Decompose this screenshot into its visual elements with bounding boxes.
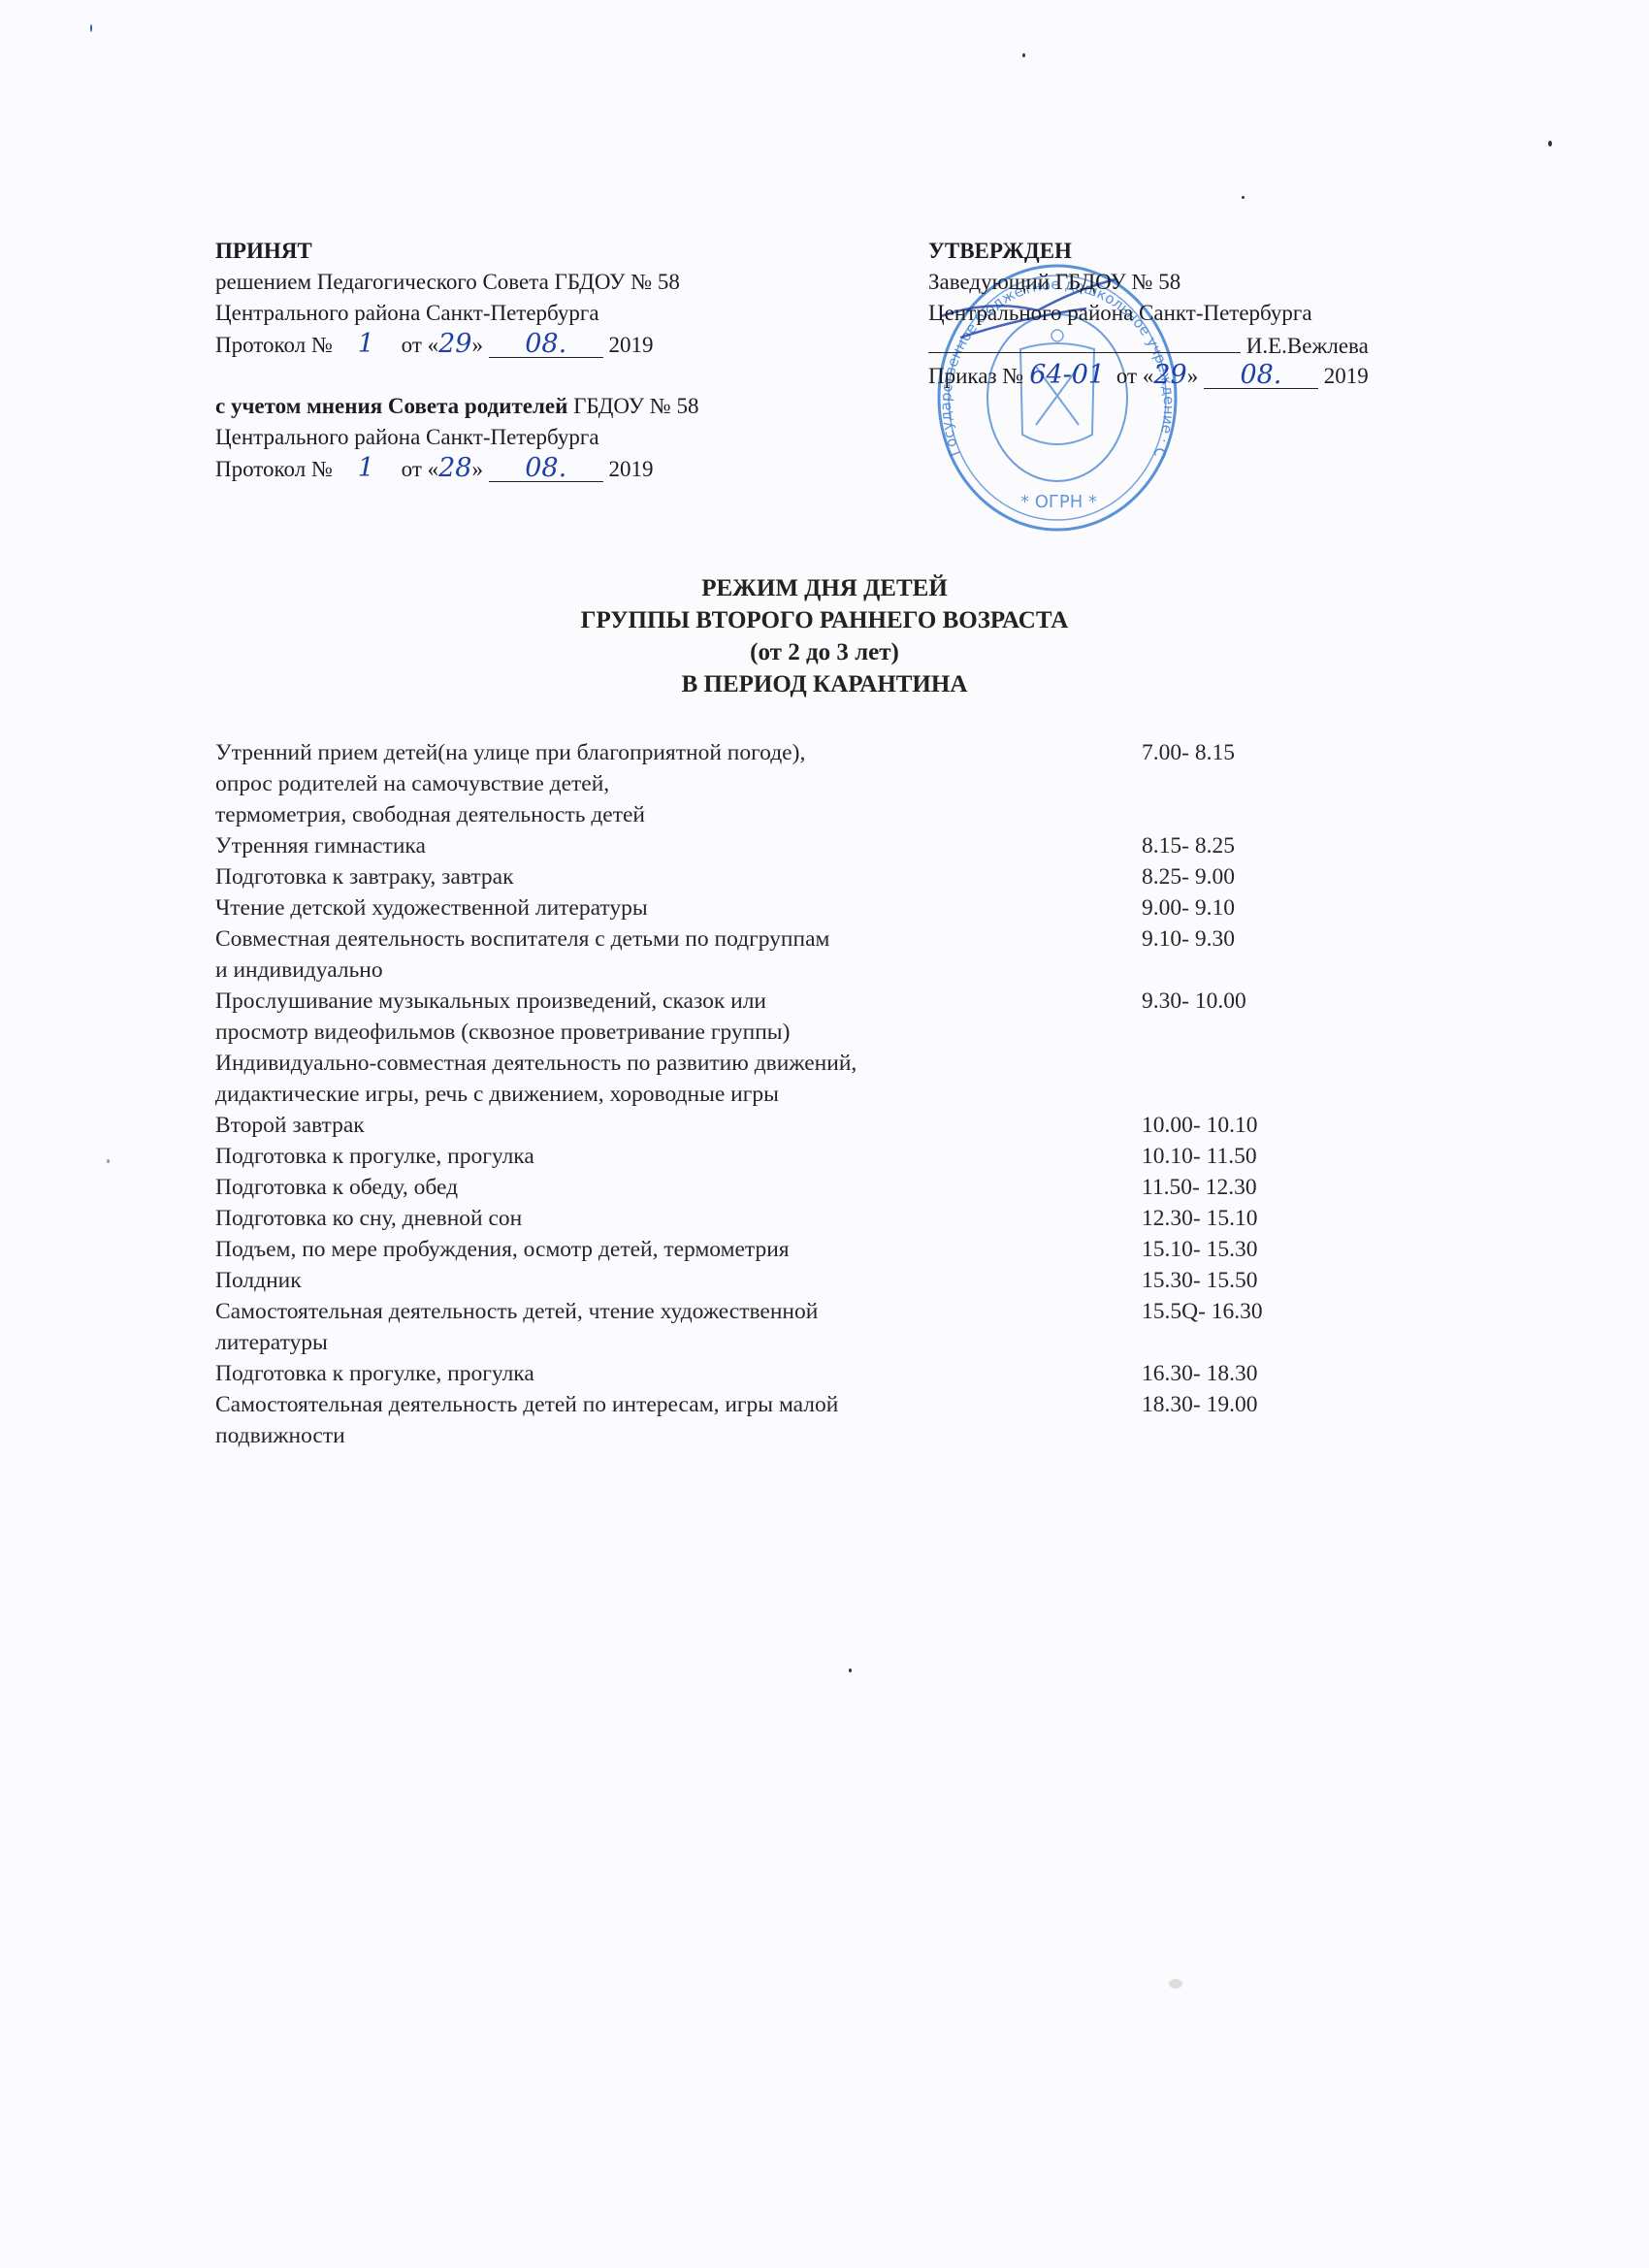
- schedule-row: Прослушивание музыкальных произведений, …: [215, 986, 1438, 1110]
- activity-line: литературы: [215, 1327, 1142, 1358]
- activity-line: и индивидуально: [215, 955, 1142, 986]
- schedule-row: Подъем, по мере пробуждения, осмотр дете…: [215, 1234, 1438, 1265]
- schedule-time: 9.00- 9.10: [1142, 892, 1235, 923]
- accepted-block: ПРИНЯТ решением Педагогического Совета Г…: [215, 236, 698, 484]
- signature-line: И.Е.Вежлева: [928, 329, 1369, 360]
- schedule-row: Чтение детской художественной литературы…: [215, 892, 1438, 923]
- activity-line: Подготовка к обеду, обед: [215, 1172, 1142, 1203]
- schedule-activity: Совместная деятельность воспитателя с де…: [215, 923, 1142, 986]
- activity-line: термометрия, свободная деятельность дете…: [215, 799, 1142, 830]
- schedule-time: 10.10- 11.50: [1142, 1141, 1257, 1172]
- schedule-activity: Подъем, по мере пробуждения, осмотр дете…: [215, 1234, 1142, 1265]
- schedule-activity: Подготовка ко сну, дневной сон: [215, 1203, 1142, 1234]
- parents-date-year: 2019: [608, 457, 653, 481]
- title-line-4: В ПЕРИОД КАРАНТИНА: [0, 668, 1649, 700]
- activity-line: Подготовка к завтраку, завтрак: [215, 861, 1142, 892]
- signature-field: [928, 329, 1241, 353]
- schedule-row: Второй завтрак10.00- 10.10: [215, 1110, 1438, 1141]
- document-page: ПРИНЯТ решением Педагогического Совета Г…: [0, 0, 1649, 2268]
- activity-line: Чтение детской художественной литературы: [215, 892, 1142, 923]
- schedule-time: 8.15- 8.25: [1142, 830, 1235, 861]
- schedule-activity: Подготовка к завтраку, завтрак: [215, 861, 1142, 892]
- date-sep: »: [471, 333, 483, 357]
- schedule-time: 8.25- 9.00: [1142, 861, 1235, 892]
- scan-speck: [1548, 141, 1552, 146]
- schedule-row: Подготовка к завтраку, завтрак8.25- 9.00: [215, 861, 1438, 892]
- schedule-row: Подготовка к прогулке, прогулка16.30- 18…: [215, 1358, 1438, 1389]
- parents-heading-rest: ГБДОУ № 58: [567, 394, 698, 418]
- scan-speck: [1169, 1979, 1182, 1989]
- accepted-line-1: решением Педагогического Совета ГБДОУ № …: [215, 267, 698, 298]
- accepted-protocol: Протокол № 1 от «29» 08. 2019: [215, 329, 698, 360]
- order-number-handwritten: 64-01: [1029, 360, 1105, 391]
- parents-line-2: Центрального района Санкт-Петербурга: [215, 422, 698, 453]
- schedule-time: 10.00- 10.10: [1142, 1110, 1257, 1141]
- date-month-field: 08.: [489, 331, 603, 358]
- activity-line: Утренняя гимнастика: [215, 830, 1142, 861]
- activity-line: просмотр видеофильмов (сквозное проветри…: [215, 1017, 1142, 1048]
- approved-line-1: Заведующий ГБДОУ № 58: [928, 267, 1369, 298]
- schedule-activity: Самостоятельная деятельность детей, чтен…: [215, 1296, 1142, 1358]
- date-day-handwritten: 29: [438, 329, 471, 360]
- schedule-row: Утренняя гимнастика8.15- 8.25: [215, 830, 1438, 861]
- schedule-activity: Утренний прием детей(на улице при благоп…: [215, 737, 1142, 830]
- title-line-2: ГРУППЫ ВТОРОГО РАННЕГО ВОЗРАСТА: [0, 604, 1649, 636]
- activity-line: Самостоятельная деятельность детей по ин…: [215, 1389, 1142, 1420]
- schedule-activity: Подготовка к прогулке, прогулка: [215, 1141, 1142, 1172]
- approved-heading: УТВЕРЖДЕН: [928, 236, 1369, 267]
- order-line: Приказ №64-01 от «29» 08. 2019: [928, 360, 1369, 391]
- schedule-activity: Полдник: [215, 1265, 1142, 1296]
- schedule-activity: Подготовка к обеду, обед: [215, 1172, 1142, 1203]
- scan-speck: [1022, 53, 1025, 57]
- document-title: РЕЖИМ ДНЯ ДЕТЕЙ ГРУППЫ ВТОРОГО РАННЕГО В…: [0, 572, 1649, 700]
- parents-date-sep: »: [471, 457, 483, 481]
- order-date-prefix: от «: [1116, 364, 1154, 388]
- protocol-number-handwritten: 1: [358, 329, 374, 360]
- title-line-1: РЕЖИМ ДНЯ ДЕТЕЙ: [0, 572, 1649, 604]
- schedule-row: Совместная деятельность воспитателя с де…: [215, 923, 1438, 986]
- parents-protocol: Протокол № 1 от «28» 08. 2019: [215, 453, 698, 484]
- parents-protocol-number-handwritten: 1: [358, 453, 374, 484]
- schedule-row: Самостоятельная деятельность детей, чтен…: [215, 1296, 1438, 1358]
- activity-line: дидактические игры, речь с движением, хо…: [215, 1079, 1142, 1110]
- activity-line: Подъем, по мере пробуждения, осмотр дете…: [215, 1234, 1142, 1265]
- activity-line: Подготовка к прогулке, прогулка: [215, 1358, 1142, 1389]
- schedule-activity: Второй завтрак: [215, 1110, 1142, 1141]
- schedule-activity: Прослушивание музыкальных произведений, …: [215, 986, 1142, 1110]
- activity-line: Совместная деятельность воспитателя с де…: [215, 923, 1142, 955]
- schedule-activity: Подготовка к прогулке, прогулка: [215, 1358, 1142, 1389]
- accepted-heading: ПРИНЯТ: [215, 236, 698, 267]
- schedule-time: 9.30- 10.00: [1142, 986, 1246, 1110]
- activity-line: Утренний прием детей(на улице при благоп…: [215, 737, 1142, 768]
- date-prefix: от «: [402, 333, 439, 357]
- scan-speck: [849, 1669, 852, 1672]
- schedule-row: Утренний прием детей(на улице при благоп…: [215, 737, 1438, 830]
- schedule-row: Полдник15.30- 15.50: [215, 1265, 1438, 1296]
- schedule-time: 16.30- 18.30: [1142, 1358, 1257, 1389]
- order-date-sep: »: [1187, 364, 1199, 388]
- activity-line: Самостоятельная деятельность детей, чтен…: [215, 1296, 1142, 1327]
- schedule-activity: Утренняя гимнастика: [215, 830, 1142, 861]
- activity-line: Индивидуально-совместная деятельность по…: [215, 1048, 1142, 1079]
- order-date-year: 2019: [1324, 364, 1369, 388]
- activity-line: Подготовка к прогулке, прогулка: [215, 1141, 1142, 1172]
- accepted-line-2: Центрального района Санкт-Петербурга: [215, 298, 698, 329]
- activity-line: подвижности: [215, 1420, 1142, 1451]
- title-line-3: (от 2 до 3 лет): [0, 636, 1649, 668]
- schedule-time: 15.30- 15.50: [1142, 1265, 1257, 1296]
- parents-heading-bold: с учетом мнения Совета родителей: [215, 394, 567, 418]
- svg-text:* ОГРН *: * ОГРН *: [1020, 492, 1097, 512]
- order-label: Приказ №: [928, 364, 1023, 388]
- schedule-time: 9.10- 9.30: [1142, 923, 1235, 986]
- spacer: [215, 360, 698, 391]
- approved-block: УТВЕРЖДЕН Заведующий ГБДОУ № 58 Централь…: [928, 236, 1369, 391]
- schedule-row: Подготовка ко сну, дневной сон12.30- 15.…: [215, 1203, 1438, 1234]
- schedule-time: 7.00- 8.15: [1142, 737, 1235, 830]
- schedule-time: 12.30- 15.10: [1142, 1203, 1257, 1234]
- protocol-label: Протокол №: [215, 333, 333, 357]
- schedule-time: 15.10- 15.30: [1142, 1234, 1257, 1265]
- parents-date-month-field: 08.: [489, 455, 603, 482]
- schedule-row: Самостоятельная деятельность детей по ин…: [215, 1389, 1438, 1451]
- date-month-handwritten: 08.: [525, 331, 566, 357]
- parents-heading: с учетом мнения Совета родителей ГБДОУ №…: [215, 391, 698, 422]
- parents-date-day-handwritten: 28: [438, 453, 471, 484]
- schedule-activity: Самостоятельная деятельность детей по ин…: [215, 1389, 1142, 1451]
- activity-line: Прослушивание музыкальных произведений, …: [215, 986, 1142, 1017]
- scan-speck: [1242, 196, 1245, 199]
- schedule-time: 11.50- 12.30: [1142, 1172, 1257, 1203]
- scan-speck: [107, 1159, 110, 1163]
- parents-protocol-label: Протокол №: [215, 457, 333, 481]
- parents-date-prefix: от «: [402, 457, 439, 481]
- schedule-activity: Чтение детской художественной литературы: [215, 892, 1142, 923]
- activity-line: Полдник: [215, 1265, 1142, 1296]
- activity-line: Второй завтрак: [215, 1110, 1142, 1141]
- schedule-time: 18.30- 19.00: [1142, 1389, 1257, 1451]
- activity-line: Подготовка ко сну, дневной сон: [215, 1203, 1142, 1234]
- activity-line: опрос родителей на самочувствие детей,: [215, 768, 1142, 799]
- order-date-day-handwritten: 29: [1153, 360, 1186, 391]
- order-date-month-handwritten: 08.: [1240, 362, 1281, 388]
- schedule-row: Подготовка к прогулке, прогулка10.10- 11…: [215, 1141, 1438, 1172]
- approved-line-2: Центрального района Санкт-Петербурга: [928, 298, 1369, 329]
- schedule-row: Подготовка к обеду, обед11.50- 12.30: [215, 1172, 1438, 1203]
- daily-schedule: Утренний прием детей(на улице при благоп…: [215, 737, 1438, 1451]
- parents-date-month-handwritten: 08.: [525, 455, 566, 481]
- date-year: 2019: [608, 333, 653, 357]
- order-date-month-field: 08.: [1204, 362, 1318, 389]
- scan-speck: [90, 24, 92, 32]
- schedule-time: 15.5Q- 16.30: [1142, 1296, 1263, 1358]
- signatory-name: И.Е.Вежлева: [1246, 334, 1369, 358]
